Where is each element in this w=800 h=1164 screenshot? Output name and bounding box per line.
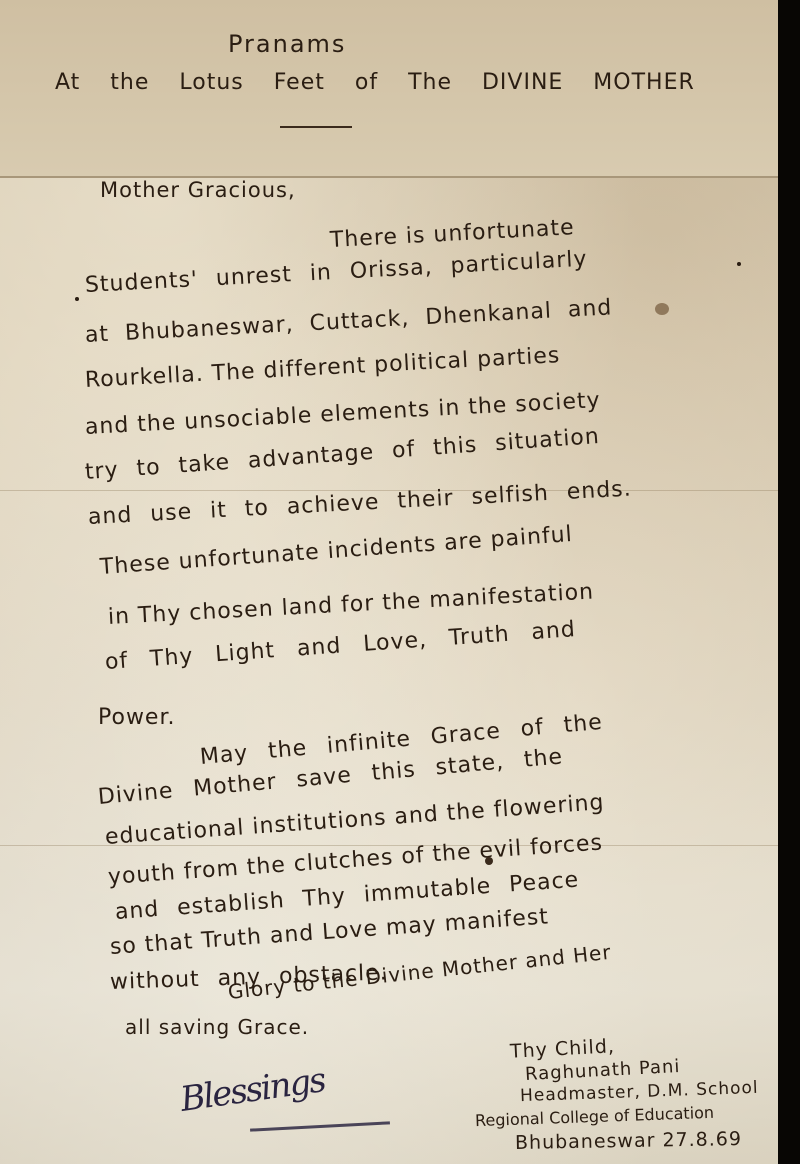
body-line: Power. <box>98 705 176 730</box>
body-line: all saving Grace. <box>125 1015 309 1039</box>
ink-dot <box>737 262 741 266</box>
signoff-place-date: Bhubaneswar 27.8.69 <box>515 1128 742 1154</box>
dark-background-edge <box>778 0 800 1164</box>
letter-subtitle: At the Lotus Feet of The DIVINE MOTHER <box>55 70 695 95</box>
ink-stain <box>655 303 669 315</box>
ink-stain <box>485 857 493 865</box>
salutation: Mother Gracious, <box>100 178 296 202</box>
title-underline <box>280 126 352 128</box>
letter-title: Pranams <box>228 30 346 58</box>
ink-dot <box>75 297 79 301</box>
